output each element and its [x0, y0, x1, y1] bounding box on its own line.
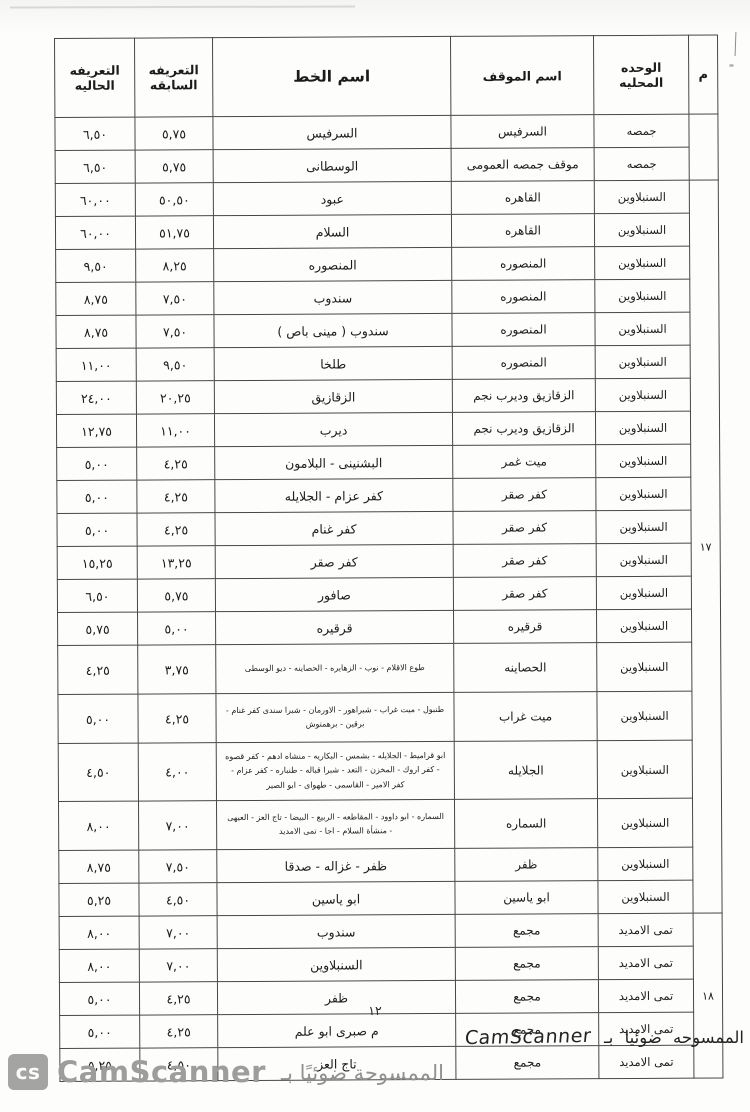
table-row: السنبلاوينميت غمرالبشنينى - البلامون٤,٢٥… [57, 444, 720, 480]
table-row: السنبلاوينالزقازيق وديرب نجمالزقازيق٢٠,٢… [56, 378, 719, 414]
stop-name-cell: ابو ياسين [455, 881, 598, 915]
scan-corner-artifact [735, 32, 737, 56]
table-row: ١٨تمى الامديدمجمعسندوب٧,٠٠٨,٠٠ [59, 913, 722, 949]
table-row: ١٧السنبلاوينالقاهرهعبود٥٠,٥٠٦٠,٠٠ [55, 180, 718, 216]
table-row: السنبلاوينظفرظفر - غزاله - صدقا٧,٥٠٨,٧٥ [59, 847, 722, 883]
local-unit-cell: السنبلاوين [596, 510, 691, 543]
local-unit-cell: السنبلاوين [596, 543, 691, 576]
previous-tariff-cell: ٤,٠٠ [138, 743, 216, 802]
current-tariff-cell: ٦٠,٠٠ [55, 216, 135, 249]
current-tariff-cell: ١٢,٧٥ [56, 414, 136, 447]
current-tariff-cell: ٢٤,٠٠ [56, 381, 136, 414]
stop-name-cell: السرفيس [451, 115, 594, 149]
local-unit-cell: السنبلاوين [594, 180, 689, 213]
header-serial: م [688, 35, 717, 114]
table-row: السنبلاوينكفر صقركفر عزام - الجلايله٤,٢٥… [57, 477, 720, 513]
local-unit-cell: السنبلاوين [595, 246, 690, 279]
local-unit-cell: تمى الامديد [598, 946, 693, 979]
line-name-cell: السنبلاوين [217, 948, 455, 982]
local-unit-cell: جمصه [594, 114, 689, 147]
line-name-cell: طلخا [214, 346, 452, 380]
camscanner-brand-text: CamScanner [57, 1055, 266, 1089]
local-unit-cell: السنبلاوين [595, 279, 690, 312]
stop-name-cell: مجمع [455, 914, 598, 948]
camscanner-arabic-text: الممسوحة ضوئيًا بـ [281, 1059, 444, 1085]
current-tariff-cell: ٨,٧٥ [59, 850, 139, 883]
current-tariff-cell: ١١,٠٠ [56, 348, 136, 381]
stop-name-cell: المنصوره [452, 247, 595, 281]
table-row: السنبلاوينالمنصورهالمنصوره٨,٢٥٩,٥٠ [56, 246, 719, 282]
stop-name-cell: ميت غراب [454, 692, 597, 742]
stop-name-cell: موقف جمصه العمومى [451, 148, 594, 182]
current-tariff-cell: ٨,٧٥ [56, 315, 136, 348]
line-name-cell: كفر غنام [215, 511, 453, 545]
current-tariff-cell: ٤,٢٥ [58, 645, 138, 694]
stop-name-cell: الزقازيق وديرب نجم [452, 379, 595, 413]
previous-tariff-cell: ٧,٥٠ [136, 282, 214, 315]
local-unit-cell: السنبلاوين [598, 880, 693, 913]
previous-tariff-cell: ٥٠,٥٠ [135, 183, 213, 216]
table-row: السنبلاوينكفر صقركفر صقر١٣,٢٥١٥,٢٥ [57, 543, 720, 579]
line-name-cell: الوسطانى [213, 148, 451, 182]
line-name-cell: م صبرى ابو علم [218, 1014, 456, 1048]
local-unit-cell: جمصه [594, 147, 689, 180]
current-tariff-cell: ٥,٢٥ [59, 883, 139, 916]
previous-tariff-cell: ٤,٢٥ [137, 447, 215, 480]
table-row: السنبلاوينالزقازيق وديرب نجمديرب١١,٠٠١٢,… [56, 411, 719, 447]
handwritten-scan-note: الممسوحه ضوئيا بـ CamScanner [465, 1026, 744, 1048]
stop-name-cell: السماره [454, 799, 597, 849]
hand-note-arabic-text: الممسوحه ضوئيا بـ [604, 1028, 744, 1047]
current-tariff-cell: ٨,٠٠ [58, 801, 138, 850]
table-row: السنبلاوينالحصاينهطوع الاقلام - نوب - ال… [58, 642, 721, 694]
local-unit-cell: السنبلاوين [596, 444, 691, 477]
line-name-cell: الزقازيق [214, 379, 452, 413]
line-name-cell: سندوب [214, 280, 452, 314]
line-name-cell: كفر عزام - الجلايله [215, 478, 453, 512]
line-name-cell: طوع الاقلام - نوب - الزهايره - الحصاينه … [216, 643, 454, 693]
stop-name-cell: ظفر [455, 848, 598, 882]
local-unit-cell: السنبلاوين [597, 740, 692, 799]
line-name-cell: ابو ياسين [217, 882, 455, 916]
line-name-cell: السرفيس [213, 115, 451, 149]
previous-tariff-cell: ٤,٢٥ [138, 694, 216, 743]
table-row: جمصهالسرفيسالسرفيس٥,٧٥٦,٥٠ [55, 114, 718, 150]
stop-name-cell: مجمع [456, 1046, 599, 1080]
header-stop-name: اسم الموقف [450, 36, 593, 116]
stop-name-cell: المنصوره [452, 313, 595, 347]
line-name-cell: عبود [213, 181, 451, 215]
previous-tariff-cell: ٤,٢٥ [140, 1015, 218, 1048]
current-tariff-cell: ٨,٧٥ [56, 282, 136, 315]
header-line-name: اسم الخط [213, 36, 451, 116]
current-tariff-cell: ٥,٠٠ [58, 694, 138, 743]
local-unit-cell: السنبلاوين [595, 312, 690, 345]
current-tariff-cell: ٦,٥٠ [57, 579, 137, 612]
current-tariff-cell: ٥,٠٠ [60, 1015, 140, 1048]
local-unit-cell: تمى الامديد [599, 1045, 694, 1078]
table-row: السنبلاوينالقاهرهالسلام٥١,٧٥٦٠,٠٠ [55, 213, 718, 249]
previous-tariff-cell: ٤,٢٥ [137, 480, 215, 513]
line-name-cell: قرقيره [216, 610, 454, 644]
previous-tariff-cell: ٥,٧٥ [137, 579, 215, 612]
current-tariff-cell: ٦٠,٠٠ [55, 183, 135, 216]
line-name-cell: المنصوره [214, 247, 452, 281]
previous-tariff-cell: ٥١,٧٥ [135, 216, 213, 249]
stop-name-cell: قرقيره [454, 610, 597, 644]
previous-tariff-cell: ٢٠,٢٥ [136, 381, 214, 414]
serial-cell: ١٧ [689, 180, 722, 913]
table-row: تمى الامديدمجمعالسنبلاوين٧,٠٠٨,٠٠ [59, 946, 722, 982]
previous-tariff-cell: ٨,٢٥ [136, 249, 214, 282]
current-tariff-cell: ٩,٥٠ [56, 249, 136, 282]
previous-tariff-cell: ٧,٠٠ [139, 949, 217, 982]
stop-name-cell: المنصوره [452, 280, 595, 314]
previous-tariff-cell: ١٣,٢٥ [137, 546, 215, 579]
current-tariff-cell: ٨,٠٠ [59, 949, 139, 982]
table-row: جمصهموقف جمصه العمومىالوسطانى٥,٧٥٦,٥٠ [55, 147, 718, 183]
line-name-cell: طنبول - ميت غراب - شبراهور - الاورمان - … [216, 692, 454, 742]
tariff-table: م الوحده المحليه اسم الموقف اسم الخط الت… [54, 35, 723, 1083]
stop-name-cell: كفر صقر [453, 544, 596, 578]
current-tariff-cell: ٥,٧٥ [58, 612, 138, 645]
header-current-tariff: التعريفه الحاليه [55, 38, 135, 117]
current-tariff-cell: ٨,٠٠ [59, 916, 139, 949]
stop-name-cell: الجلايله [454, 741, 597, 800]
stop-name-cell: الزقازيق وديرب نجم [452, 412, 595, 446]
table-row: السنبلاوينكفر صقركفر غنام٤,٢٥٥,٠٠ [57, 510, 720, 546]
table-row: السنبلاوينالمنصورهطلخا٩,٥٠١١,٠٠ [56, 345, 719, 381]
local-unit-cell: السنبلاوين [596, 477, 691, 510]
current-tariff-cell: ٤,٥٠ [58, 743, 138, 802]
previous-tariff-cell: ٧,٥٠ [136, 315, 214, 348]
local-unit-cell: السنبلاوين [597, 798, 692, 847]
stop-name-cell: كفر صقر [453, 577, 596, 611]
serial-cell: ١٨ [693, 913, 723, 1078]
local-unit-cell: السنبلاوين [597, 691, 692, 740]
previous-tariff-cell: ٤,٢٥ [137, 513, 215, 546]
local-unit-cell: السنبلاوين [595, 378, 690, 411]
previous-tariff-cell: ٥,٠٠ [138, 612, 216, 645]
previous-tariff-cell: ٩,٥٠ [136, 348, 214, 381]
serial-cell [689, 114, 718, 180]
table-row: السنبلاوينكفر صقرصافور٥,٧٥٦,٥٠ [57, 576, 720, 612]
stop-name-cell: القاهره [451, 181, 594, 215]
line-name-cell: السلام [213, 214, 451, 248]
table-row: السنبلاوينالمنصورهسندوب ( مينى باص )٧,٥٠… [56, 312, 719, 348]
line-name-cell: ظفر - غزاله - صدقا [217, 849, 455, 883]
line-name-cell: ابو قراميط - الجلايله - بشمس - البكاريه … [216, 741, 454, 800]
local-unit-cell: السنبلاوين [595, 411, 690, 444]
header-local-unit: الوحده المحليه [593, 35, 688, 114]
current-tariff-cell: ٥,٠٠ [57, 447, 137, 480]
table-header-row: م الوحده المحليه اسم الموقف اسم الخط الت… [55, 35, 718, 117]
previous-tariff-cell: ٤,٥٠ [139, 883, 217, 916]
local-unit-cell: السنبلاوين [595, 345, 690, 378]
stop-name-cell: ميت غمر [453, 445, 596, 479]
line-name-cell: البشنينى - البلامون [215, 445, 453, 479]
current-tariff-cell: ٦,٥٠ [55, 117, 135, 150]
tariff-table-body: جمصهالسرفيسالسرفيس٥,٧٥٦,٥٠جمصهموقف جمصه … [55, 114, 723, 1082]
previous-tariff-cell: ٣,٧٥ [138, 645, 216, 694]
previous-tariff-cell: ٧,٥٠ [139, 850, 217, 883]
current-tariff-cell: ١٥,٢٥ [57, 546, 137, 579]
line-name-cell: صافور [215, 577, 453, 611]
scanned-page: م الوحده المحليه اسم الموقف اسم الخط الت… [0, 0, 750, 1112]
stop-name-cell: مجمع [455, 947, 598, 981]
header-previous-tariff: التعريفه السابقه [135, 38, 213, 117]
local-unit-cell: السنبلاوين [596, 576, 691, 609]
line-name-cell: كفر صقر [215, 544, 453, 578]
stop-name-cell: كفر صقر [453, 478, 596, 512]
line-name-cell: السماره - ابو داوود - المقاطعه - الربيع … [216, 800, 454, 850]
local-unit-cell: السنبلاوين [597, 609, 692, 642]
camscanner-watermark: cs CamScanner الممسوحة ضوئيًا بـ [8, 1054, 444, 1090]
table-row: السنبلاوينالجلايلهابو قراميط - الجلايله … [58, 740, 721, 802]
stop-name-cell: كفر صقر [453, 511, 596, 545]
previous-tariff-cell: ٥,٧٥ [135, 150, 213, 183]
camscanner-logo-icon: cs [8, 1054, 48, 1090]
scan-speck-artifact [729, 64, 734, 67]
local-unit-cell: تمى الامديد [598, 913, 693, 946]
page-number: ١٢ [0, 1003, 750, 1018]
local-unit-cell: السنبلاوين [597, 642, 692, 691]
current-tariff-cell: ٥,٠٠ [57, 480, 137, 513]
stop-name-cell: المنصوره [452, 346, 595, 380]
local-unit-cell: السنبلاوين [594, 213, 689, 246]
table-row: السنبلاوينالسمارهالسماره - ابو داوود - ا… [58, 798, 721, 850]
line-name-cell: سندوب [217, 915, 455, 949]
line-name-cell: ديرب [214, 412, 452, 446]
table-row: السنبلاوينقرقيرهقرقيره٥,٠٠٥,٧٥ [58, 609, 721, 645]
previous-tariff-cell: ٥,٧٥ [135, 117, 213, 150]
stop-name-cell: القاهره [451, 214, 594, 248]
current-tariff-cell: ٦,٥٠ [55, 150, 135, 183]
previous-tariff-cell: ٧,٠٠ [139, 916, 217, 949]
previous-tariff-cell: ٧,٠٠ [138, 801, 216, 850]
stop-name-cell: الحصاينه [454, 643, 597, 693]
table-row: السنبلاوينابو ياسينابو ياسين٤,٥٠٥,٢٥ [59, 880, 722, 916]
current-tariff-cell: ٥,٠٠ [57, 513, 137, 546]
table-row: السنبلاوينالمنصورهسندوب٧,٥٠٨,٧٥ [56, 279, 719, 315]
scan-edge-artifact [10, 6, 355, 9]
previous-tariff-cell: ١١,٠٠ [136, 414, 214, 447]
table-row: السنبلاوينميت غرابطنبول - ميت غراب - شبر… [58, 691, 721, 743]
hand-note-camscanner-text: CamScanner [463, 1025, 591, 1049]
local-unit-cell: السنبلاوين [598, 847, 693, 880]
line-name-cell: سندوب ( مينى باص ) [214, 313, 452, 347]
